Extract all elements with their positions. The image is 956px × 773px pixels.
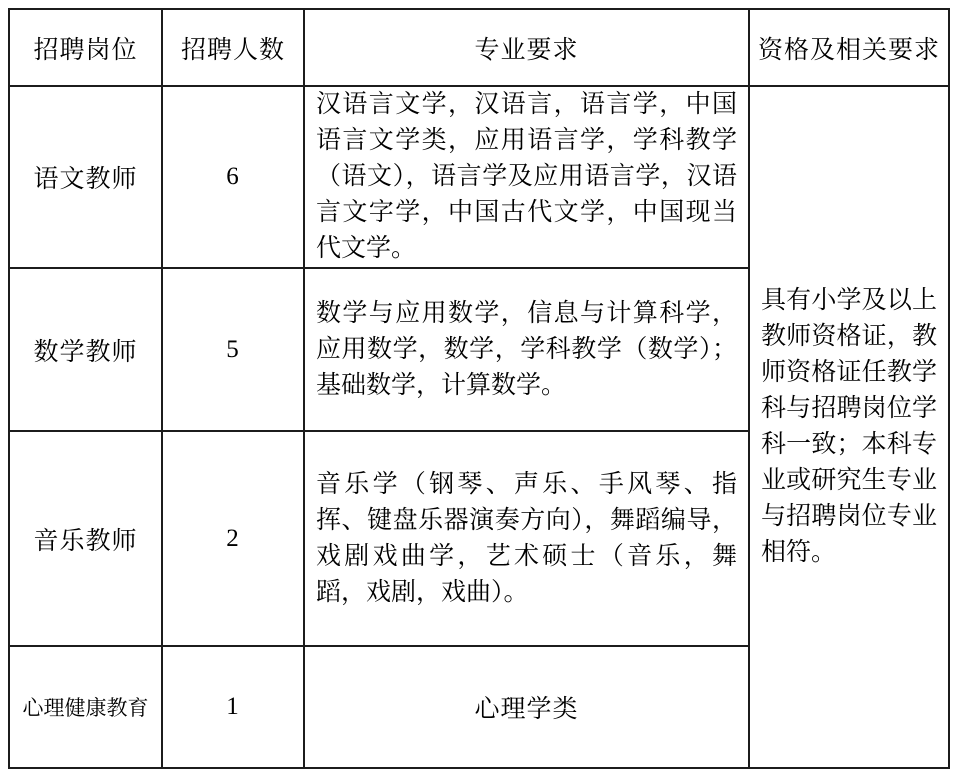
header-position: 招聘岗位: [9, 9, 162, 86]
position-cell: 语文教师: [9, 86, 162, 268]
header-major: 专业要求: [304, 9, 749, 86]
table-row-chinese-teacher: 语文教师 6 汉语言文学，汉语言，语言学，中国语言文学类，应用语言学，学科教学（…: [9, 86, 949, 268]
major-cell: 心理学类: [304, 646, 749, 768]
count-cell: 5: [162, 268, 304, 431]
position-cell: 心理健康教育: [9, 646, 162, 768]
table-header-row: 招聘岗位 招聘人数 专业要求 资格及相关要求: [9, 9, 949, 86]
qualification-cell: 具有小学及以上教师资格证，教师资格证任教学科与招聘岗位学科一致；本科专业或研究生…: [749, 86, 949, 768]
position-cell: 音乐教师: [9, 431, 162, 646]
count-cell: 2: [162, 431, 304, 646]
major-cell: 音乐学（钢琴、声乐、手风琴、指挥、键盘乐器演奏方向），舞蹈编导，戏剧戏曲学，艺术…: [304, 431, 749, 646]
recruitment-table: 招聘岗位 招聘人数 专业要求 资格及相关要求 语文教师 6 汉语言文学，汉语言，…: [8, 8, 950, 769]
header-count: 招聘人数: [162, 9, 304, 86]
header-qualification: 资格及相关要求: [749, 9, 949, 86]
major-cell: 数学与应用数学，信息与计算科学，应用数学，数学，学科教学（数学）；基础数学，计算…: [304, 268, 749, 431]
major-cell: 汉语言文学，汉语言，语言学，中国语言文学类，应用语言学，学科教学（语文），语言学…: [304, 86, 749, 268]
position-cell: 数学教师: [9, 268, 162, 431]
count-cell: 6: [162, 86, 304, 268]
count-cell: 1: [162, 646, 304, 768]
